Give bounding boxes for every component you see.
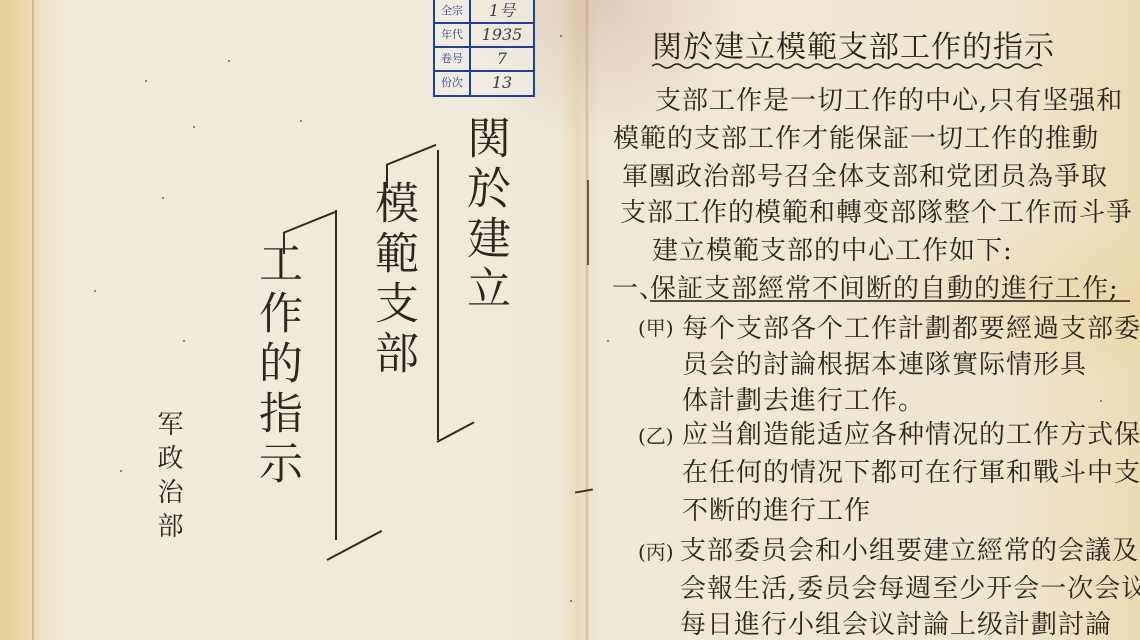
cover-title-column-3: 工作的指示 <box>244 240 308 490</box>
item-line: 在任何的情况下都可在行軍和戰斗中支部 <box>682 452 1140 489</box>
paper-speck <box>94 290 96 292</box>
stamp-value: 1935 <box>471 24 533 46</box>
title-bracket-line <box>283 232 285 254</box>
stamp-label: 全宗 <box>435 0 471 22</box>
item-line: 每日進行小组会议討論上级計劃討論 <box>680 604 1112 640</box>
paragraph-line: 支部工作的模範和轉变部隊整个工作而斗爭 <box>620 192 1133 229</box>
title-bracket-line <box>437 150 439 440</box>
stamp-value: 1号 <box>471 0 533 22</box>
section-underline <box>650 300 1130 302</box>
paper-edge <box>32 0 34 640</box>
document-title: 関於建立模範支部工作的指示 <box>652 22 1055 66</box>
item-line: 员会的討論根据本連隊實际情形具 <box>682 344 1087 381</box>
item-marker: (乙) <box>638 420 674 449</box>
paragraph-line: 軍團政治部号召全体支部和党团员為爭取 <box>622 156 1108 193</box>
item-line: 应当創造能适应各种情况的工作方式保証 <box>682 414 1140 451</box>
paper-speck <box>162 197 164 199</box>
item-marker: (丙) <box>638 536 674 565</box>
paper-speck <box>228 60 230 62</box>
stamp-value: 7 <box>471 48 533 70</box>
stamp-label: 卷号 <box>435 48 471 70</box>
item-line: 每个支部各个工作計劃都要經過支部委 <box>682 308 1140 345</box>
archive-stamp: 全宗 1号 年代 1935 卷号 7 份次 13 <box>433 0 535 97</box>
cover-title-column-2: 模範支部 <box>360 180 424 380</box>
paper-speck <box>183 340 185 342</box>
center-fold <box>585 0 589 640</box>
title-bracket-line <box>437 421 475 442</box>
item-line: 不断的進行工作 <box>682 490 871 527</box>
stamp-row: 份次 13 <box>435 72 533 96</box>
intro-line: 建立模範支部的中心工作如下: <box>652 230 1013 267</box>
title-bracket-line <box>386 164 388 188</box>
paragraph-line: 支部工作是一切工作的中心,只有坚强和 <box>655 80 1123 117</box>
stamp-label: 份次 <box>435 72 471 96</box>
paragraph-line: 模範的支部工作才能保証一切工作的推動 <box>613 118 1099 155</box>
paper-speck <box>570 600 572 602</box>
fold-binding-mark <box>587 180 589 265</box>
title-bracket-line <box>386 144 437 166</box>
item-line: 支部委员会和小组要建立經常的会議及 <box>680 530 1139 567</box>
issuer-signature: 军政治部 <box>150 410 187 546</box>
stamp-label: 年代 <box>435 24 471 46</box>
item-marker: (甲) <box>638 312 674 341</box>
title-bracket-line <box>335 210 337 540</box>
title-wavy-underline <box>652 62 1047 70</box>
paper-speck <box>607 340 609 342</box>
stamp-row: 全宗 1号 <box>435 0 533 24</box>
paper-speck <box>145 80 147 82</box>
paper-speck <box>300 120 302 122</box>
stamp-value: 13 <box>471 72 533 96</box>
paper-speck <box>120 470 122 472</box>
title-bracket-line <box>283 211 336 234</box>
paper-speck <box>1100 400 1102 402</box>
item-line: 会報生活,委员会每週至少开会一次会议 <box>680 568 1140 605</box>
cover-title-column-1: 関於建立 <box>452 115 516 315</box>
page-number-mark <box>575 488 593 493</box>
document-spread: 全宗 1号 年代 1935 卷号 7 份次 13 関於建立 模範支部 工作的指示… <box>0 0 1140 640</box>
stamp-row: 年代 1935 <box>435 24 533 48</box>
paper-speck <box>193 126 195 128</box>
item-line: 体計劃去進行工作。 <box>682 380 925 417</box>
stamp-row: 卷号 7 <box>435 48 533 72</box>
paper-speck <box>560 35 562 37</box>
